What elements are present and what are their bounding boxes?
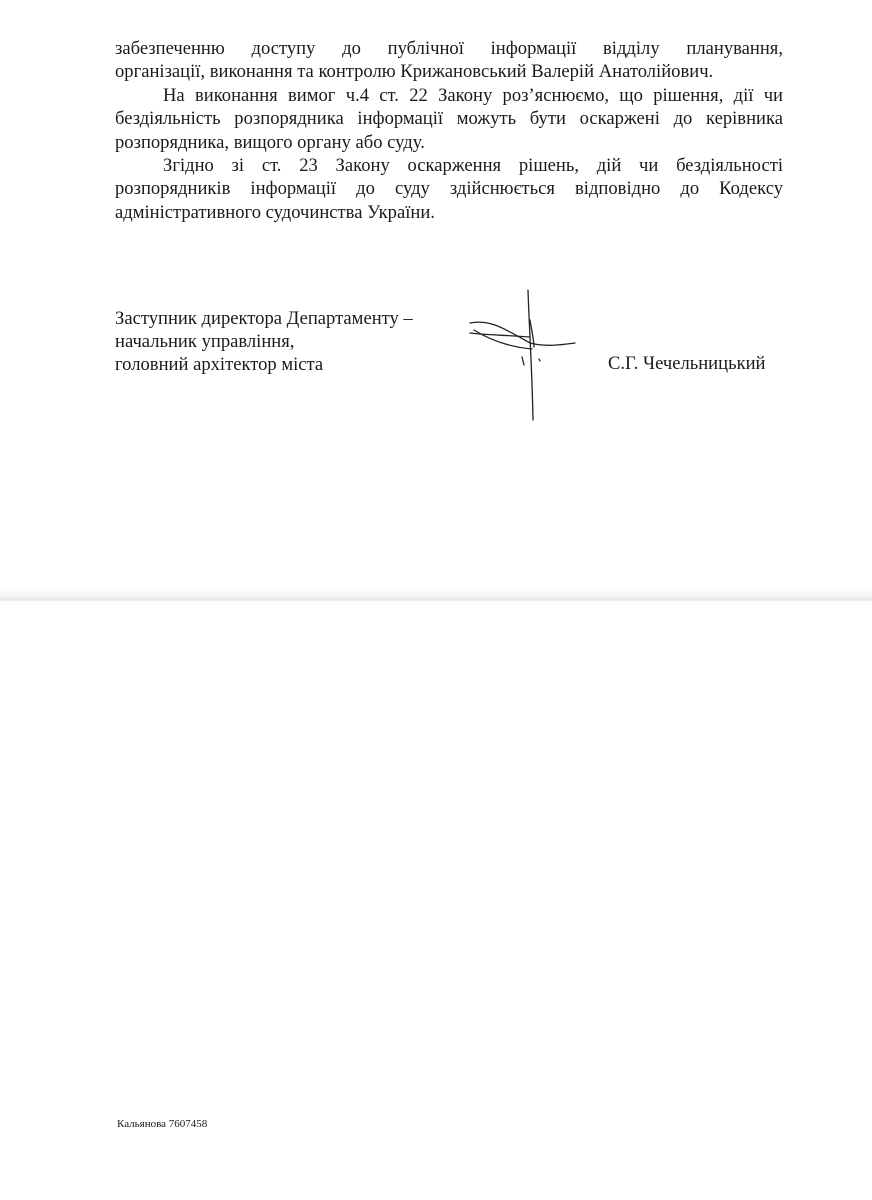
signatory-position: Заступник директора Департаменту – начал… — [115, 307, 413, 376]
body-line: Згідно зі ст. 23 Закону оскарження рішен… — [115, 154, 783, 177]
body-line: забезпеченню доступу до публічної інформ… — [115, 37, 783, 60]
body-line: бездіяльність розпорядника інформації мо… — [115, 107, 783, 130]
body-line: розпорядників інформації до суду здійсню… — [115, 177, 783, 200]
paper-fold-line — [0, 588, 872, 602]
position-line: начальник управління, — [115, 330, 413, 353]
position-line: Заступник директора Департаменту – — [115, 307, 413, 330]
executor-note: Кальянова 7607458 — [117, 1118, 207, 1130]
signatory-name: С.Г. Чечельницький — [608, 353, 766, 375]
body-line: організації, виконання та контролю Крижа… — [115, 60, 783, 83]
document-page: забезпеченню доступу до публічної інформ… — [0, 0, 872, 1200]
body-line: розпорядника, вищого органу або суду. — [115, 131, 783, 154]
position-line: головний архітектор міста — [115, 353, 413, 376]
letter-body: забезпеченню доступу до публічної інформ… — [115, 37, 783, 224]
body-line: На виконання вимог ч.4 ст. 22 Закону роз… — [115, 84, 783, 107]
handwritten-signature — [460, 285, 590, 425]
body-line: адміністративного судочинства України. — [115, 201, 783, 224]
